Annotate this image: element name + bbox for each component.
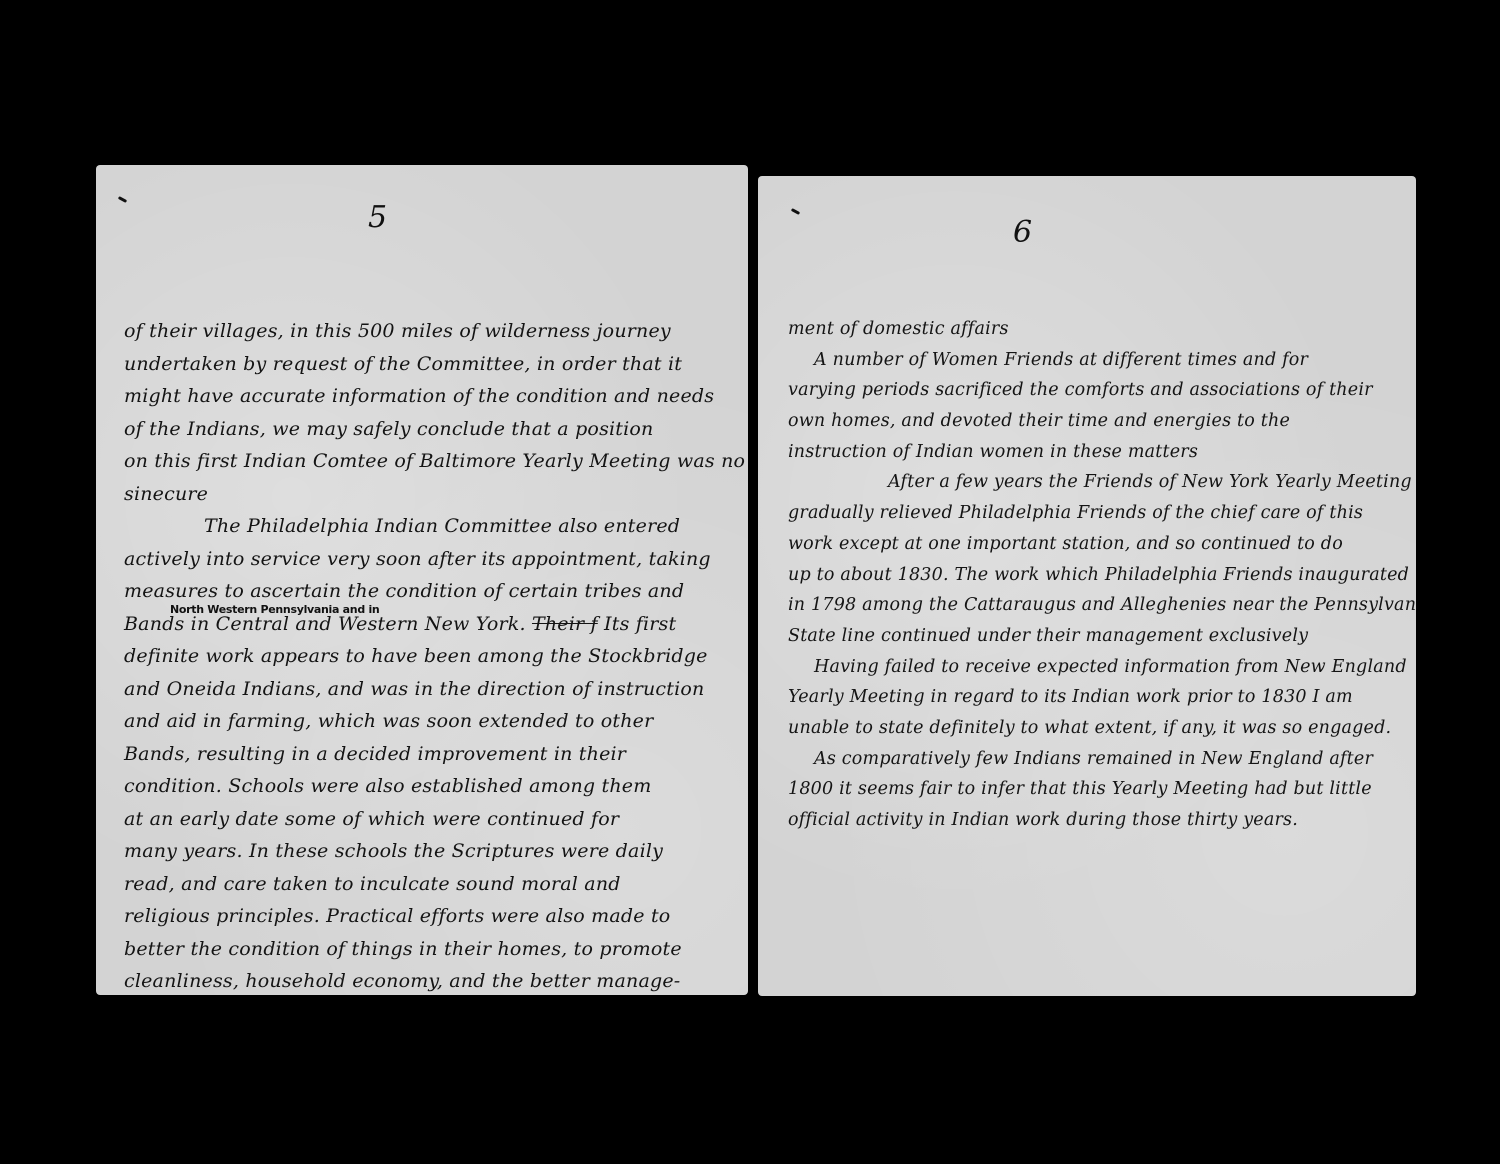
text-line: Having failed to receive expected inform… [788,652,1408,683]
text-line: and Oneida Indians, and was in the direc… [124,673,736,706]
text-line: sinecure [124,478,736,511]
text-line: own homes, and devoted their time and en… [788,406,1408,437]
text-line: undertaken by request of the Committee, … [124,348,736,381]
text-line: on this first Indian Comtee of Baltimore… [124,445,736,478]
page-number: 6 [1013,218,1032,248]
ink-mark [791,208,800,215]
text-line: Yearly Meeting in regard to its Indian w… [788,682,1408,713]
handwritten-text-block: ment of domestic affairs A number of Wom… [788,314,1408,836]
text-line: cleanliness, household economy, and the … [124,965,736,995]
text-line: up to about 1830. The work which Philade… [788,560,1408,591]
struck-text: Their f [532,613,598,635]
text-line: better the condition of things in their … [124,933,736,966]
text-line: gradually relieved Philadelphia Friends … [788,498,1408,529]
text-line: Bands, resulting in a decided improvemen… [124,738,736,771]
text-line-with-insertion: North Western Pennsylvania and in Bands … [124,608,736,641]
text-line: unable to state definitely to what exten… [788,713,1408,744]
handwritten-text-block: of their villages, in this 500 miles of … [124,315,736,995]
text-line: official activity in Indian work during … [788,805,1408,836]
page-number: 5 [368,203,387,233]
text-line: As comparatively few Indians remained in… [788,744,1408,775]
text-line: read, and care taken to inculcate sound … [124,868,736,901]
text-line: and aid in farming, which was soon exten… [124,705,736,738]
text-line: in 1798 among the Cattaraugus and Allegh… [788,590,1408,621]
text-line: The Philadelphia Indian Committee also e… [124,510,736,543]
text-line: 1800 it seems fair to infer that this Ye… [788,774,1408,805]
manuscript-page-right: 6 ment of domestic affairs A number of W… [758,176,1416,996]
manuscript-page-left: 5 of their villages, in this 500 miles o… [96,165,748,995]
text-line: religious principles. Practical efforts … [124,900,736,933]
text-line: varying periods sacrificed the comforts … [788,375,1408,406]
text-line: condition. Schools were also established… [124,770,736,803]
text-line: at an early date some of which were cont… [124,803,736,836]
text-line-tail: Its first [604,613,676,635]
interlinear-insertion: North Western Pennsylvania and in [170,604,379,615]
text-line: of the Indians, we may safely conclude t… [124,413,736,446]
text-line: A number of Women Friends at different t… [788,345,1408,376]
text-line: instruction of Indian women in these mat… [788,437,1408,468]
text-line: might have accurate information of the c… [124,380,736,413]
text-line: ment of domestic affairs [788,314,1408,345]
ink-mark [118,196,127,203]
text-line: After a few years the Friends of New Yor… [788,467,1408,498]
text-line: definite work appears to have been among… [124,640,736,673]
text-line: many years. In these schools the Scriptu… [124,835,736,868]
text-line: actively into service very soon after it… [124,543,736,576]
text-line: State line continued under their managem… [788,621,1408,652]
text-line-content: Bands in Central and Western New York. [124,613,526,635]
text-line: work except at one important station, an… [788,529,1408,560]
text-line: of their villages, in this 500 miles of … [124,315,736,348]
